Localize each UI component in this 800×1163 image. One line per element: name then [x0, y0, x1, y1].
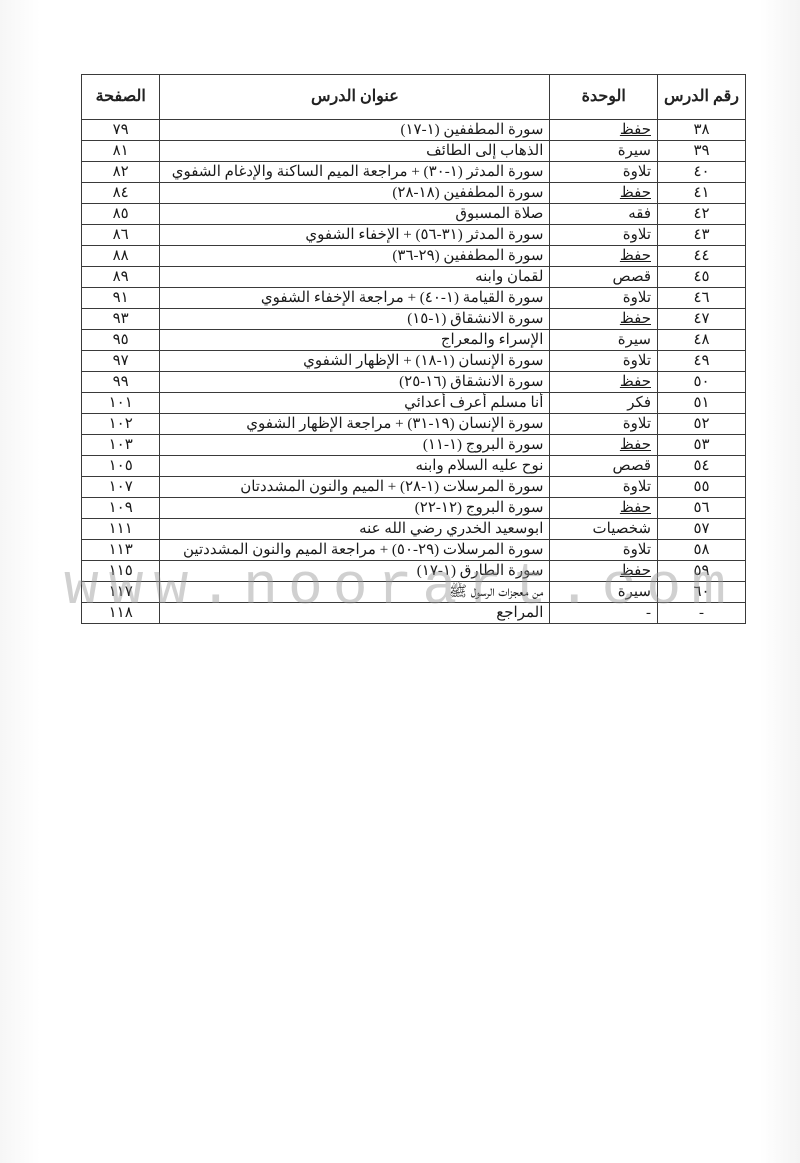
lesson-number-cell: ٤٥	[658, 267, 746, 288]
page-number-cell: ١٠٥	[82, 456, 160, 477]
unit-label: حفظ	[620, 122, 651, 138]
unit-cell: حفظ	[550, 561, 658, 582]
lesson-number-cell: ٤٠	[658, 162, 746, 183]
unit-cell: حفظ	[550, 498, 658, 519]
page-number-cell: ٩٩	[82, 372, 160, 393]
table-row: ٤٠تلاوةسورة المدثر (١-٣٠) + مراجعة الميم…	[82, 162, 746, 183]
lesson-title-cell: سورة المدثر (٣١-٥٦) + الإخفاء الشفوي	[160, 225, 550, 246]
table-row: ٥٤قصصنوح عليه السلام وابنه١٠٥	[82, 456, 746, 477]
lesson-number-cell: ٥٢	[658, 414, 746, 435]
lesson-title-cell: سورة المرسلات (١-٢٨) + الميم والنون المش…	[160, 477, 550, 498]
page-number-cell: ١٠٢	[82, 414, 160, 435]
unit-cell: حفظ	[550, 183, 658, 204]
table-row: ٤٣تلاوةسورة المدثر (٣١-٥٦) + الإخفاء الش…	[82, 225, 746, 246]
lesson-title-cell: الذهاب إلى الطائف	[160, 141, 550, 162]
table-row: ٤٦تلاوةسورة القيامة (١-٤٠) + مراجعة الإخ…	[82, 288, 746, 309]
unit-cell: فكر	[550, 393, 658, 414]
page-number-cell: ١٠٧	[82, 477, 160, 498]
lesson-title-cell: سورة الإنسان (١-١٨) + الإظهار الشفوي	[160, 351, 550, 372]
lesson-number-cell: ٥٨	[658, 540, 746, 561]
table-row: ٤٧حفظسورة الانشقاق (١-١٥)٩٣	[82, 309, 746, 330]
lesson-title-cell: ابوسعيد الخدري رضي الله عنه	[160, 519, 550, 540]
unit-label: حفظ	[620, 437, 651, 453]
lesson-title-cell: سورة الانشقاق (١-١٥)	[160, 309, 550, 330]
unit-cell: تلاوة	[550, 162, 658, 183]
table-row: ٣٩سيرةالذهاب إلى الطائف٨١	[82, 141, 746, 162]
page-number-cell: ١١٣	[82, 540, 160, 561]
table-header-row: رقم الدرس الوحدة عنوان الدرس الصفحة	[82, 75, 746, 120]
header-lesson-title: عنوان الدرس	[160, 75, 550, 120]
unit-cell: -	[550, 603, 658, 624]
lesson-title-cell: سورة الانشقاق (١٦-٢٥)	[160, 372, 550, 393]
table-row: ٥٣حفظسورة البروج (١-١١)١٠٣	[82, 435, 746, 456]
lesson-title-cell: من معجزات الرسول ﷺ	[160, 582, 550, 603]
page-number-cell: ١١٥	[82, 561, 160, 582]
lesson-number-cell: ٥١	[658, 393, 746, 414]
lesson-number-cell: ٣٨	[658, 120, 746, 141]
page-number-cell: ٩١	[82, 288, 160, 309]
lesson-number-cell: -	[658, 603, 746, 624]
table-row: ٤٨سيرةالإسراء والمعراج٩٥	[82, 330, 746, 351]
table-row: ٤٥قصصلقمان وابنه٨٩	[82, 267, 746, 288]
unit-cell: حفظ	[550, 372, 658, 393]
lesson-title-cell: نوح عليه السلام وابنه	[160, 456, 550, 477]
table-row: ٤٢فقهصلاة المسبوق٨٥	[82, 204, 746, 225]
unit-label: حفظ	[620, 563, 651, 579]
lesson-number-cell: ٤١	[658, 183, 746, 204]
page-number-cell: ٨١	[82, 141, 160, 162]
page-number-cell: ٧٩	[82, 120, 160, 141]
lesson-number-cell: ٤٨	[658, 330, 746, 351]
lesson-number-cell: ٤٩	[658, 351, 746, 372]
table-row: ٥١فكرأنا مسلم أعرف أعدائي١٠١	[82, 393, 746, 414]
header-unit: الوحدة	[550, 75, 658, 120]
page-number-cell: ١٠٩	[82, 498, 160, 519]
lesson-title-cell: سورة الإنسان (١٩-٣١) + مراجعة الإظهار ال…	[160, 414, 550, 435]
unit-cell: تلاوة	[550, 477, 658, 498]
header-lesson-number: رقم الدرس	[658, 75, 746, 120]
lesson-title-cell: سورة المطففين (١-١٧)	[160, 120, 550, 141]
unit-label: حفظ	[620, 500, 651, 516]
lesson-number-cell: ٥٧	[658, 519, 746, 540]
page-number-cell: ٨٥	[82, 204, 160, 225]
page-number-cell: ١١٧	[82, 582, 160, 603]
unit-cell: سيرة	[550, 141, 658, 162]
lesson-number-cell: ٥٣	[658, 435, 746, 456]
unit-label: حفظ	[620, 311, 651, 327]
lesson-number-cell: ٣٩	[658, 141, 746, 162]
table-of-contents: رقم الدرس الوحدة عنوان الدرس الصفحة ٣٨حف…	[81, 74, 746, 624]
unit-cell: قصص	[550, 456, 658, 477]
unit-cell: شخصيات	[550, 519, 658, 540]
page-number-cell: ١١١	[82, 519, 160, 540]
lesson-title-cell: سورة المدثر (١-٣٠) + مراجعة الميم الساكن…	[160, 162, 550, 183]
table-row: --المراجع١١٨	[82, 603, 746, 624]
lesson-title-cell: المراجع	[160, 603, 550, 624]
table-row: ٣٨حفظسورة المطففين (١-١٧)٧٩	[82, 120, 746, 141]
table-row: ٦٠سيرةمن معجزات الرسول ﷺ١١٧	[82, 582, 746, 603]
lesson-number-cell: ٥٩	[658, 561, 746, 582]
unit-cell: سيرة	[550, 330, 658, 351]
lesson-title-cell: أنا مسلم أعرف أعدائي	[160, 393, 550, 414]
unit-cell: تلاوة	[550, 414, 658, 435]
unit-label: حفظ	[620, 374, 651, 390]
page-number-cell: ١٠١	[82, 393, 160, 414]
table-row: ٥٩حفظسورة الطارق (١-١٧)١١٥	[82, 561, 746, 582]
unit-cell: تلاوة	[550, 288, 658, 309]
header-page: الصفحة	[82, 75, 160, 120]
page-number-cell: ٩٣	[82, 309, 160, 330]
lesson-number-cell: ٤٤	[658, 246, 746, 267]
page-number-cell: ٨٤	[82, 183, 160, 204]
unit-cell: قصص	[550, 267, 658, 288]
lesson-title-cell: لقمان وابنه	[160, 267, 550, 288]
table-row: ٥٦حفظسورة البروج (١٢-٢٢)١٠٩	[82, 498, 746, 519]
table-row: ٥٨تلاوةسورة المرسلات (٢٩-٥٠) + مراجعة ال…	[82, 540, 746, 561]
table-row: ٥٢تلاوةسورة الإنسان (١٩-٣١) + مراجعة الإ…	[82, 414, 746, 435]
page-number-cell: ١٠٣	[82, 435, 160, 456]
unit-cell: تلاوة	[550, 351, 658, 372]
lesson-title-cell: سورة البروج (١٢-٢٢)	[160, 498, 550, 519]
unit-cell: حفظ	[550, 246, 658, 267]
lesson-title-cell: سورة البروج (١-١١)	[160, 435, 550, 456]
unit-cell: حفظ	[550, 120, 658, 141]
unit-cell: فقه	[550, 204, 658, 225]
lesson-title-cell: سورة القيامة (١-٤٠) + مراجعة الإخفاء الش…	[160, 288, 550, 309]
table-row: ٥٥تلاوةسورة المرسلات (١-٢٨) + الميم والن…	[82, 477, 746, 498]
page-number-cell: ٨٨	[82, 246, 160, 267]
table-row: ٤٤حفظسورة المطففين (٢٩-٣٦)٨٨	[82, 246, 746, 267]
lesson-number-cell: ٤٣	[658, 225, 746, 246]
unit-label: حفظ	[620, 185, 651, 201]
lesson-title-cell: سورة المطففين (١٨-٢٨)	[160, 183, 550, 204]
page-number-cell: ٩٧	[82, 351, 160, 372]
lesson-number-cell: ٥٤	[658, 456, 746, 477]
lesson-title-cell: سورة المرسلات (٢٩-٥٠) + مراجعة الميم وال…	[160, 540, 550, 561]
lesson-title-cell: سورة الطارق (١-١٧)	[160, 561, 550, 582]
unit-label: حفظ	[620, 248, 651, 264]
lesson-number-cell: ٤٢	[658, 204, 746, 225]
lesson-number-cell: ٥٦	[658, 498, 746, 519]
table-row: ٤١حفظسورة المطففين (١٨-٢٨)٨٤	[82, 183, 746, 204]
table-row: ٥٧شخصياتابوسعيد الخدري رضي الله عنه١١١	[82, 519, 746, 540]
unit-cell: حفظ	[550, 309, 658, 330]
lesson-number-cell: ٥٥	[658, 477, 746, 498]
table-row: ٥٠حفظسورة الانشقاق (١٦-٢٥)٩٩	[82, 372, 746, 393]
page-number-cell: ٨٦	[82, 225, 160, 246]
page-number-cell: ١١٨	[82, 603, 160, 624]
lesson-number-cell: ٦٠	[658, 582, 746, 603]
page-number-cell: ٩٥	[82, 330, 160, 351]
lesson-number-cell: ٥٠	[658, 372, 746, 393]
unit-cell: تلاوة	[550, 225, 658, 246]
unit-cell: حفظ	[550, 435, 658, 456]
lesson-title-cell: صلاة المسبوق	[160, 204, 550, 225]
table-row: ٤٩تلاوةسورة الإنسان (١-١٨) + الإظهار الش…	[82, 351, 746, 372]
page-number-cell: ٨٢	[82, 162, 160, 183]
unit-cell: تلاوة	[550, 540, 658, 561]
lesson-title-cell: الإسراء والمعراج	[160, 330, 550, 351]
lesson-number-cell: ٤٦	[658, 288, 746, 309]
page-number-cell: ٨٩	[82, 267, 160, 288]
unit-cell: سيرة	[550, 582, 658, 603]
lesson-number-cell: ٤٧	[658, 309, 746, 330]
lesson-title-cell: سورة المطففين (٢٩-٣٦)	[160, 246, 550, 267]
